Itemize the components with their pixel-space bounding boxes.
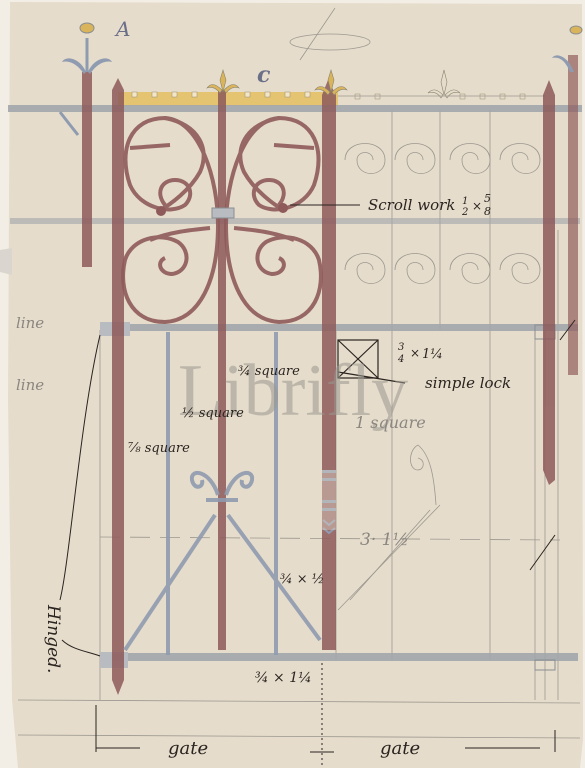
- label-line-1: line: [16, 314, 44, 332]
- svg-text:4: 4: [397, 354, 404, 365]
- svg-text:8: 8: [484, 205, 491, 218]
- gate-design-drawing: Librifly A c Scroll work 1 2 × 5 8 3 4 ×…: [0, 0, 585, 768]
- label-brace-dim: ¾ × ½: [280, 572, 324, 587]
- svg-text:×: ×: [410, 346, 420, 360]
- label-scroll-work: Scroll work: [368, 196, 455, 214]
- svg-text:3: 3: [398, 342, 404, 353]
- label-hinged: Hinged.: [43, 604, 63, 673]
- label-lock-dim: 1¼: [422, 347, 443, 362]
- drawing-canvas: Librifly A c Scroll work 1 2 × 5 8 3 4 ×…: [0, 0, 585, 768]
- label-section-a: A: [114, 17, 130, 41]
- label-bottom-rail-dim: ¾ × 1¼: [255, 670, 312, 686]
- label-gate-left: gate: [168, 738, 208, 759]
- label-seven-eighths-square: ⅞ square: [128, 441, 190, 456]
- label-line-2: line: [16, 376, 44, 394]
- svg-text:1: 1: [462, 196, 468, 207]
- label-one-square: 1 square: [355, 413, 426, 432]
- label-three-quarter-square: ¾ square: [238, 364, 300, 379]
- label-pencil-dimension: 3· 1½: [360, 530, 409, 550]
- svg-text:2: 2: [461, 207, 468, 218]
- label-gate-right: gate: [380, 738, 420, 759]
- label-simple-lock: simple lock: [425, 374, 511, 392]
- label-half-square: ½ square: [182, 406, 244, 421]
- svg-text:×: ×: [472, 199, 482, 213]
- label-section-c: c: [257, 62, 271, 88]
- svg-text:5: 5: [484, 192, 491, 205]
